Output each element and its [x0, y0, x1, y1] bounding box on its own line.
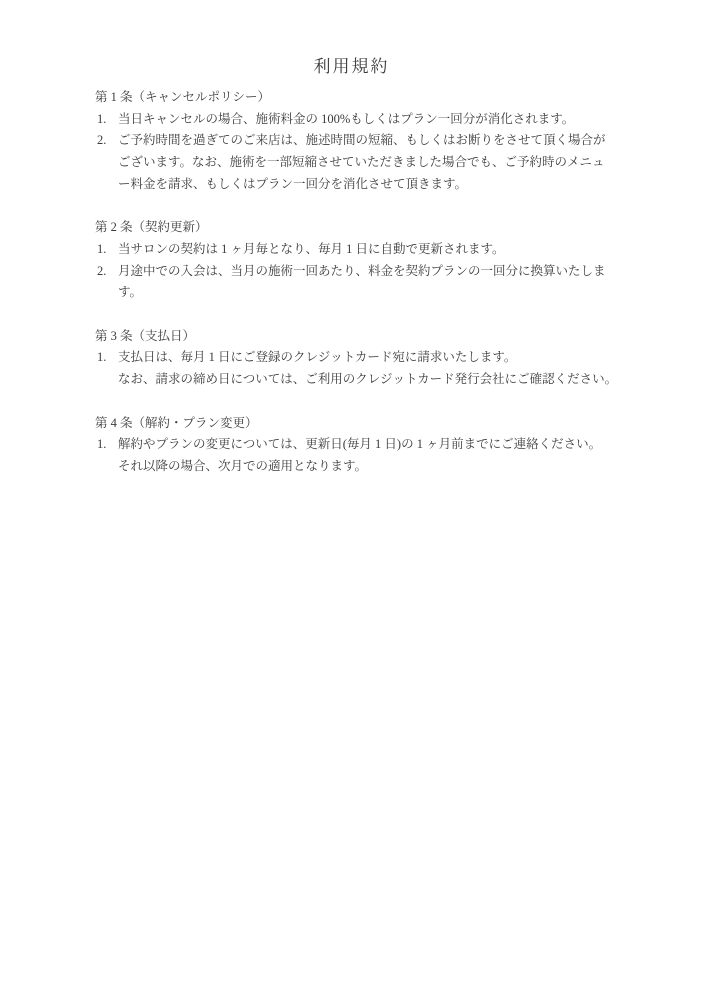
section-cancel-policy: 第 1 条（キャンセルポリシー） 1. 当日キャンセルの場合、施術料金の 100… [95, 87, 683, 196]
section-contract-renewal: 第 2 条（契約更新） 1. 当サロンの契約は 1 ヶ月毎となり、毎月 1 日に… [95, 217, 683, 304]
document-title: 利用規約 [0, 0, 703, 79]
section-heading: 第 1 条（キャンセルポリシー） [95, 87, 683, 109]
list-item: 1. 支払日は、毎月 1 日にご登録のクレジットカード宛に請求いたします。 なお… [95, 347, 683, 390]
item-text: ご予約時間を過ぎてのご来店は、施述時間の短縮、もしくはお断りをさせて頂く場合が … [118, 130, 683, 195]
list-item: 1. 当サロンの契約は 1 ヶ月毎となり、毎月 1 日に自動で更新されます。 [95, 239, 683, 261]
document-page: 利用規約 第 1 条（キャンセルポリシー） 1. 当日キャンセルの場合、施術料金… [0, 0, 703, 983]
item-number: 1. [95, 347, 118, 369]
list-item: 1. 解約やプランの変更については、更新日(毎月 1 日)の 1 ヶ月前までにご… [95, 434, 683, 477]
list-item: 2. 月途中での入会は、当月の施術一回あたり、料金を契約プランの一回分に換算いた… [95, 261, 683, 304]
item-text: 当日キャンセルの場合、施術料金の 100%もしくはプラン一回分が消化されます。 [118, 109, 683, 131]
item-text: 支払日は、毎月 1 日にご登録のクレジットカード宛に請求いたします。 なお、請求… [118, 347, 683, 390]
item-number: 2. [95, 130, 118, 152]
item-text: 解約やプランの変更については、更新日(毎月 1 日)の 1 ヶ月前までにご連絡く… [118, 434, 683, 477]
section-heading: 第 4 条（解約・プラン変更） [95, 413, 683, 435]
item-number: 1. [95, 434, 118, 456]
item-number: 1. [95, 109, 118, 131]
item-text: 月途中での入会は、当月の施術一回あたり、料金を契約プランの一回分に換算いたしま … [118, 261, 683, 304]
section-payment-date: 第 3 条（支払日） 1. 支払日は、毎月 1 日にご登録のクレジットカード宛に… [95, 326, 683, 391]
section-heading: 第 2 条（契約更新） [95, 217, 683, 239]
list-item: 2. ご予約時間を過ぎてのご来店は、施述時間の短縮、もしくはお断りをさせて頂く場… [95, 130, 683, 195]
section-heading: 第 3 条（支払日） [95, 326, 683, 348]
item-number: 1. [95, 239, 118, 261]
item-text: 当サロンの契約は 1 ヶ月毎となり、毎月 1 日に自動で更新されます。 [118, 239, 683, 261]
list-item: 1. 当日キャンセルの場合、施術料金の 100%もしくはプラン一回分が消化されま… [95, 109, 683, 131]
item-number: 2. [95, 261, 118, 283]
section-cancellation-plan-change: 第 4 条（解約・プラン変更） 1. 解約やプランの変更については、更新日(毎月… [95, 413, 683, 478]
document-body: 第 1 条（キャンセルポリシー） 1. 当日キャンセルの場合、施術料金の 100… [95, 87, 683, 478]
